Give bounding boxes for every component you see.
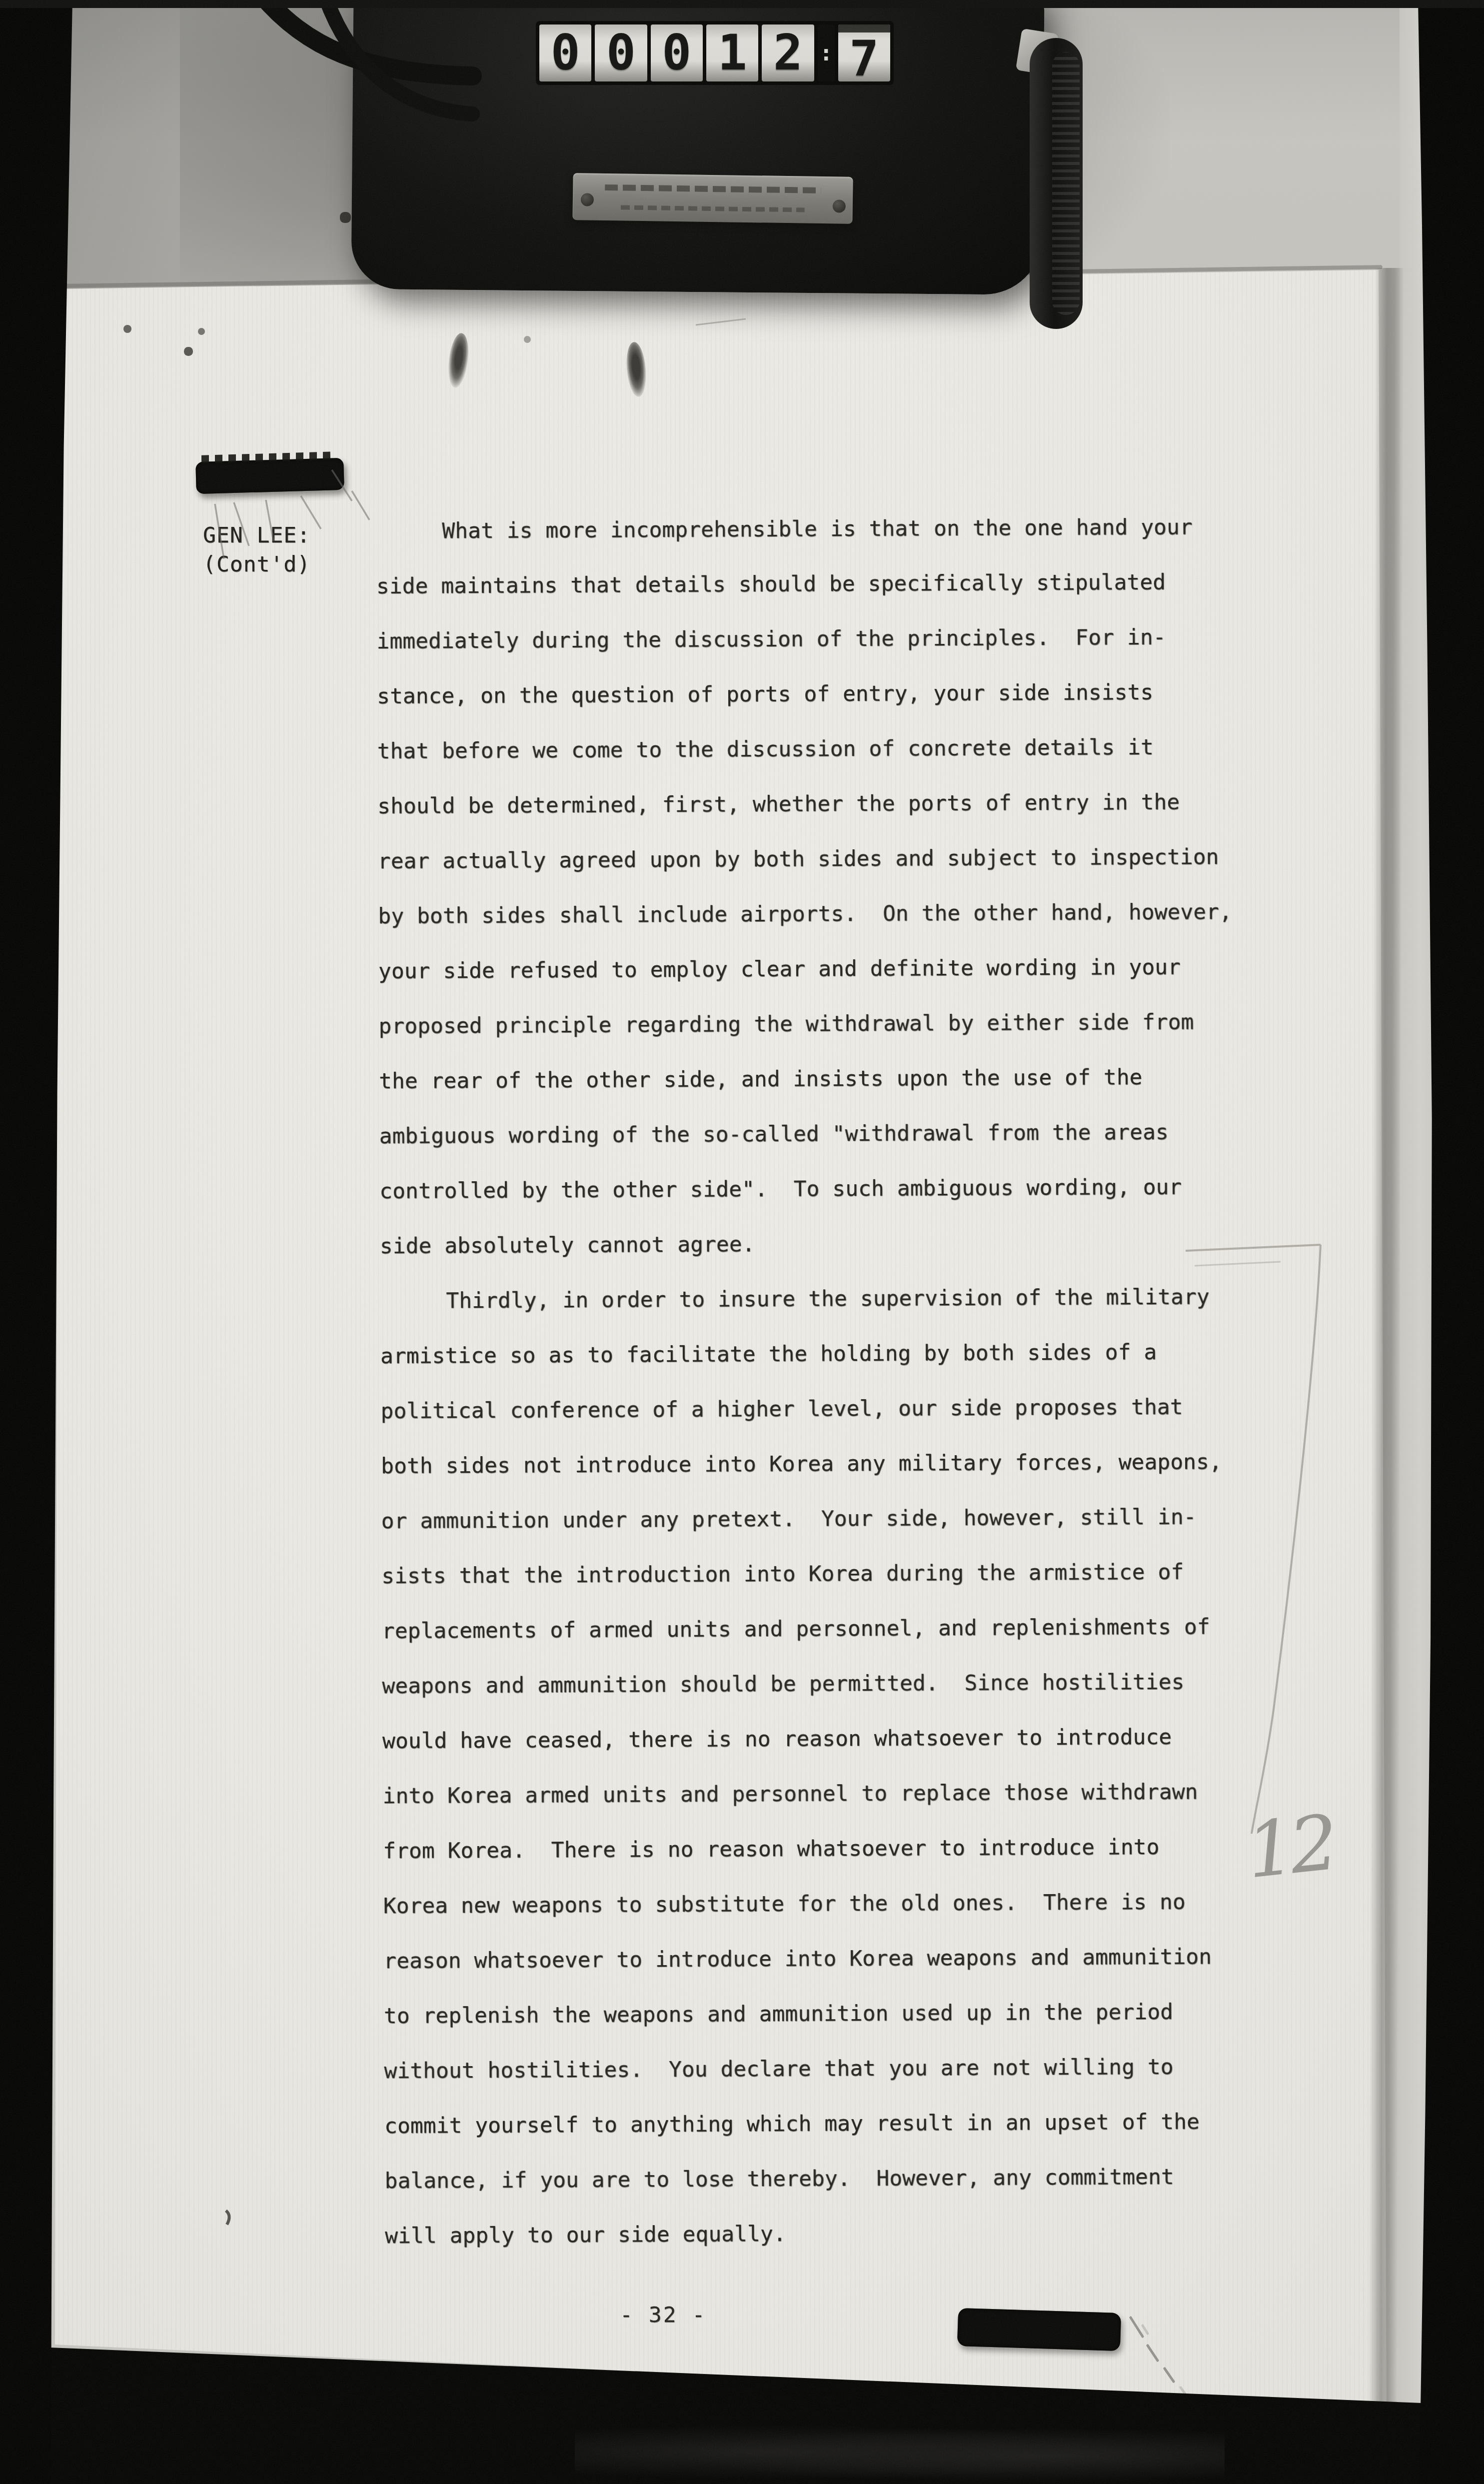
typed-line: Korea new weapons to substitute for the …	[383, 1874, 1273, 1934]
typed-line: proposed principle regarding the withdra…	[378, 994, 1269, 1054]
digit-roll-gap: :	[818, 24, 835, 81]
typed-line: What is more incomprehensible is that on…	[376, 499, 1266, 559]
typed-line: side absolutely cannot agree.	[379, 1214, 1270, 1274]
counter-digit: 2	[762, 24, 814, 81]
typed-line: replacements of armed units and personne…	[382, 1599, 1272, 1659]
typed-line: by both sides shall include airports. On…	[378, 884, 1268, 944]
body-text: What is more incomprehensible is that on…	[376, 499, 1275, 2264]
typed-line: stance, on the question of ports of entr…	[377, 664, 1267, 724]
typed-line: balance, if you are to lose thereby. How…	[384, 2149, 1275, 2209]
speaker-name: GEN LEE:	[203, 521, 310, 550]
typed-line: ambiguous wording of the so-called "with…	[379, 1104, 1269, 1164]
plate-screw-right	[833, 199, 846, 212]
counter-digit: 0	[539, 24, 591, 81]
typed-line: will apply to our side equally.	[385, 2204, 1275, 2264]
typed-line: that before we come to the discussion of…	[377, 719, 1267, 779]
typed-line: your side refused to employ clear and de…	[378, 939, 1269, 999]
typed-line: immediately during the discussion of the…	[376, 609, 1267, 669]
typed-line: controlled by the other side". To such a…	[379, 1159, 1270, 1219]
counter-digit: 7	[838, 24, 890, 81]
typed-line: to replenish the weapons and ammunition …	[384, 1984, 1274, 2044]
typed-line: armistice so as to facilitate the holdin…	[380, 1324, 1271, 1384]
typed-line: reason whatsoever to introduce into Kore…	[383, 1929, 1274, 1989]
counter-digit: 1	[706, 24, 758, 81]
counter-label-plate	[572, 173, 853, 224]
typed-line: should be determined, first, whether the…	[377, 774, 1268, 834]
typed-line: or ammunition under any pretext. Your si…	[381, 1489, 1271, 1549]
typed-line: would have ceased, there is no reason wh…	[382, 1709, 1273, 1769]
microfilm-scan-frame: GEN LEE: (Cont'd) What is more incompreh…	[0, 0, 1484, 2484]
typed-line: the rear of the other side, and insists …	[379, 1049, 1269, 1109]
typed-line: Thirdly, in order to insure the supervis…	[380, 1269, 1270, 1329]
counter-knob	[1030, 38, 1083, 329]
page-number: - 32 -	[620, 2303, 706, 2328]
plate-screw-left	[581, 193, 594, 206]
typed-line: rear actually agreed upon by both sides …	[377, 829, 1268, 889]
speaker-label-block: GEN LEE: (Cont'd)	[203, 521, 310, 579]
typed-line: side maintains that details should be sp…	[376, 554, 1267, 614]
redacted-classification-stamp-bottom	[957, 2308, 1121, 2351]
typed-line: into Korea armed units and personnel to …	[382, 1764, 1273, 1824]
typed-line: both sides not introduce into Korea any …	[381, 1434, 1271, 1494]
speaker-continued: (Cont'd)	[203, 550, 310, 579]
typed-line: sists that the introduction into Korea d…	[381, 1544, 1272, 1604]
typed-line: from Korea. There is no reason whatsoeve…	[383, 1819, 1273, 1879]
counter-digit: 0	[595, 24, 647, 81]
redacted-classification-stamp-top	[195, 458, 344, 494]
typed-line: political conference of a higher level, …	[380, 1379, 1271, 1439]
typed-line: without hostilities. You declare that yo…	[384, 2039, 1274, 2099]
typed-line: commit yourself to anything which may re…	[384, 2094, 1275, 2154]
counter-digit: 0	[651, 24, 703, 81]
film-border-top	[0, 0, 1484, 8]
handwritten-page-mark: 12	[1242, 1798, 1338, 1895]
counter-digit-cells: 00012:7	[536, 21, 894, 85]
typed-line: weapons and ammunition should be permitt…	[382, 1654, 1272, 1714]
